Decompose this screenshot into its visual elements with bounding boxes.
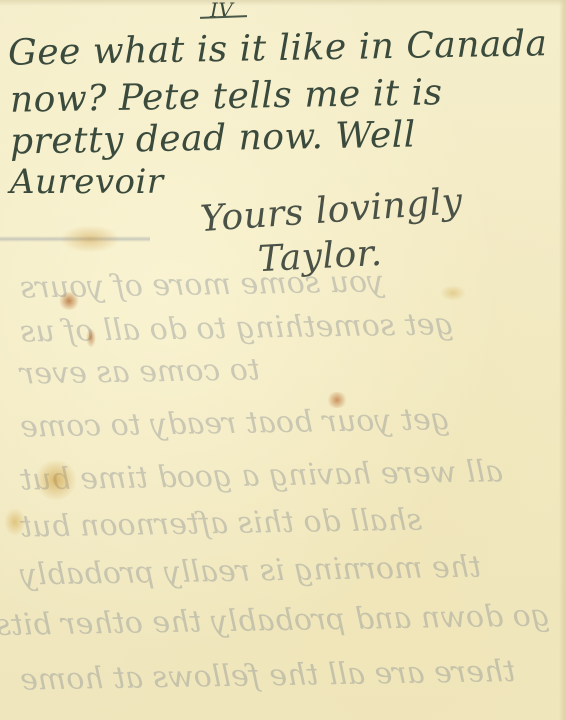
bleed-through-line: go down and probably the other bits xyxy=(20,598,551,642)
letter-page: you some more of yours get something to … xyxy=(0,0,565,720)
bleed-through-line: shall do this afternoon but xyxy=(20,500,551,544)
stain-spot xyxy=(60,225,120,253)
letter-line: Gee what is it like in Canada xyxy=(8,23,548,73)
bleed-through-line: all were having a good time but xyxy=(20,453,551,497)
stain-spot xyxy=(4,508,26,536)
stain-spot xyxy=(58,292,80,310)
letter-line: now? Pete tells me it is xyxy=(10,72,443,121)
paper-top-edge xyxy=(0,0,565,6)
bleed-through-line: get your boat ready to come xyxy=(20,400,551,444)
bleed-through-line: get something to do all of us xyxy=(20,305,551,349)
letter-line: Aurevoir xyxy=(10,162,164,202)
letter-line: pretty dead now. Well xyxy=(10,114,416,162)
stain-spot xyxy=(34,460,78,500)
bleed-through-line: there are all the fellows at home xyxy=(20,653,551,697)
paper-right-edge xyxy=(559,0,565,720)
letter-closing: Yours lovingly xyxy=(199,181,464,240)
stain-spot xyxy=(86,328,96,348)
stain-spot xyxy=(440,285,466,301)
bleed-through-line: to come as ever xyxy=(20,347,551,391)
bleed-through-line: the morning is really probably xyxy=(20,548,551,592)
page-marker: IV xyxy=(210,0,233,22)
stain-spot xyxy=(326,392,348,408)
letter-signature: Taylor. xyxy=(257,233,383,280)
